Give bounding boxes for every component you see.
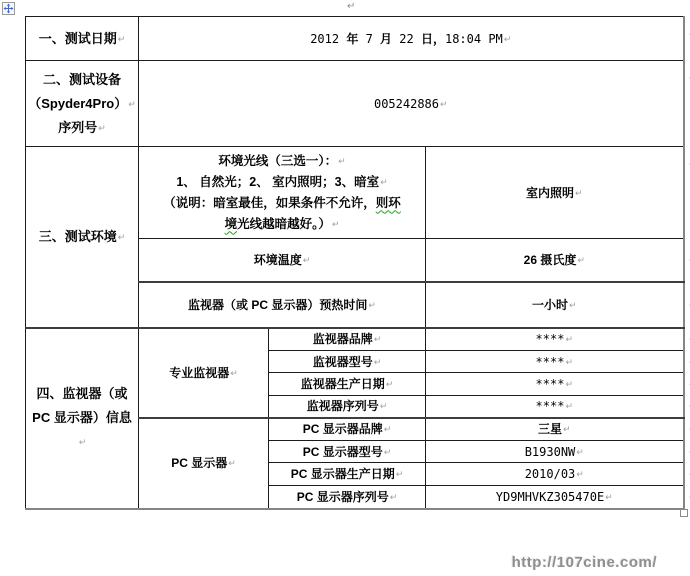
paragraph-mark: ↵	[347, 1, 355, 12]
pro-model-value: ****	[536, 355, 565, 369]
date-part: 7	[358, 32, 380, 46]
temperature-value: 26 摄氏度	[524, 253, 577, 267]
warmup-label: 监视器（或 PC 显示器）预热时间	[188, 298, 367, 312]
cell-pro-brand-label[interactable]: 监视器品牌↵	[269, 328, 426, 351]
cell-pro-date-value[interactable]: ****↵↵	[426, 373, 684, 396]
end-of-cell-mark: ↵	[303, 255, 311, 265]
cell-device-serial-value[interactable]: 005242886↵ ↵	[139, 61, 684, 147]
end-of-cell-mark: ↵	[118, 34, 126, 44]
end-of-cell-mark: ↵	[576, 447, 584, 457]
pro-serial-label: 监视器序列号	[307, 399, 379, 413]
date-part: 18:04 PM	[445, 32, 503, 46]
pc-monitor-group-label: PC 显示器	[171, 456, 227, 470]
end-of-cell-mark: ↵	[440, 99, 448, 109]
cell-pro-brand-value[interactable]: ****↵↵	[426, 328, 684, 351]
cell-temperature-value[interactable]: 26 摄氏度↵ ↵	[426, 239, 684, 282]
cell-pc-monitor-group[interactable]: PC 显示器↵	[139, 418, 269, 509]
end-of-cell-mark: ↵	[605, 492, 613, 502]
row-device-serial: 二、测试设备 （Spyder4Pro）↵ 序列号↵ 005242886↵ ↵	[26, 61, 684, 147]
end-of-cell-mark: ↵	[79, 437, 87, 447]
cell-pro-model-value[interactable]: ****↵↵	[426, 351, 684, 373]
cell-pro-model-label[interactable]: 监视器型号↵	[269, 351, 426, 373]
pro-date-value: ****	[536, 377, 565, 391]
table-resize-handle[interactable]	[680, 509, 688, 517]
pc-brand-label: PC 显示器品牌	[303, 422, 383, 436]
cell-test-date-label[interactable]: 一、测试日期↵	[26, 17, 139, 61]
ambient-line1: 环境光线（三选一）：	[218, 154, 337, 168]
device-serial-value: 005242886	[374, 97, 439, 111]
ambient-line4: 光线越暗越好。）	[237, 217, 331, 231]
device-label-line1: 二、测试设备	[43, 72, 121, 87]
ambient-line2: 1、 自然光；2、 室内照明；3、暗室	[176, 175, 379, 189]
cell-pc-date-value[interactable]: 2010/03↵↵	[426, 463, 684, 486]
pro-monitor-group-label: 专业监视器	[169, 366, 229, 380]
pro-brand-value: ****	[536, 332, 565, 346]
cell-pc-model-label[interactable]: PC 显示器型号↵	[269, 441, 426, 463]
row-pro-brand: 四、监视器（或 PC 显示器）信息↵ 专业监视器↵ 监视器品牌↵ ****↵↵	[26, 328, 684, 351]
pc-date-value: 2010/03	[525, 467, 576, 481]
end-of-cell-mark: ↵	[332, 219, 340, 229]
date-part: 2012	[310, 32, 346, 46]
end-of-cell-mark: ↵	[563, 424, 571, 434]
cell-pro-date-label[interactable]: 监视器生产日期↵	[269, 373, 426, 396]
pc-model-value: B1930NW	[525, 445, 576, 459]
date-part: 日，	[421, 32, 445, 46]
pc-serial-label: PC 显示器序列号	[297, 490, 389, 504]
monitor-info-label-line1: 四、监视器（或	[36, 386, 127, 401]
end-of-cell-mark: ↵	[128, 99, 136, 109]
watermark: http://107cine.com/	[512, 554, 657, 571]
end-of-cell-mark: ↵	[577, 255, 585, 265]
document-page: ↵ 一、测试日期↵ 2012 年 7 月 22 日，18:04 PM↵ ↵ 二、…	[0, 0, 690, 576]
end-of-cell-mark: ↵	[575, 188, 583, 198]
temperature-label: 环境温度	[254, 253, 302, 267]
cell-monitor-info-label[interactable]: 四、监视器（或 PC 显示器）信息↵	[26, 328, 139, 509]
cell-pro-monitor-group[interactable]: 专业监视器↵	[139, 328, 269, 418]
cell-ambient-light-label[interactable]: 环境光线（三选一）：↵ 1、 自然光；2、 室内照明；3、暗室↵ （说明：暗室最…	[139, 147, 426, 239]
cell-temperature-label[interactable]: 环境温度↵	[139, 239, 426, 282]
pro-model-label: 监视器型号	[313, 355, 373, 369]
cell-pc-brand-value[interactable]: 三星↵↵	[426, 418, 684, 441]
move-arrows-icon	[3, 3, 14, 14]
end-of-cell-mark: ↵	[504, 34, 512, 44]
end-of-cell-mark: ↵	[565, 401, 573, 411]
ambient-line3: （说明：暗室最佳，如果条件不允许，	[163, 196, 376, 210]
warmup-value: 一小时	[532, 298, 568, 312]
row-test-date: 一、测试日期↵ 2012 年 7 月 22 日，18:04 PM↵ ↵	[26, 17, 684, 61]
table-move-handle-icon[interactable]	[2, 2, 15, 15]
pc-model-label: PC 显示器型号	[303, 445, 383, 459]
end-of-cell-mark: ↵	[374, 357, 382, 367]
cell-pc-serial-label[interactable]: PC 显示器序列号↵	[269, 486, 426, 509]
end-of-cell-mark: ↵	[396, 469, 404, 479]
cell-test-env-label[interactable]: 三、测试环境↵	[26, 147, 139, 328]
end-of-cell-mark: ↵	[228, 458, 236, 468]
cell-pc-model-value[interactable]: B1930NW↵↵	[426, 441, 684, 463]
cell-ambient-light-value[interactable]: 室内照明↵ ↵	[426, 147, 684, 239]
end-of-cell-mark: ↵	[565, 334, 573, 344]
cell-pc-serial-value[interactable]: YD9MHVKZ305470E↵↵	[426, 486, 684, 509]
cell-pro-serial-value[interactable]: ****↵↵	[426, 396, 684, 418]
end-of-cell-mark: ↵	[98, 123, 106, 133]
cell-pro-serial-label[interactable]: 监视器序列号↵	[269, 396, 426, 418]
device-label-line3: 序列号	[58, 120, 97, 135]
end-of-cell-mark: ↵	[338, 156, 346, 166]
date-part: 月	[380, 32, 392, 46]
date-part: 年	[346, 32, 358, 46]
cell-warmup-label[interactable]: 监视器（或 PC 显示器）预热时间↵	[139, 282, 426, 328]
cell-test-date-value[interactable]: 2012 年 7 月 22 日，18:04 PM↵ ↵	[139, 17, 684, 61]
ambient-light-value: 室内照明	[526, 186, 574, 200]
end-of-cell-mark: ↵	[368, 300, 376, 310]
test-report-table: 一、测试日期↵ 2012 年 7 月 22 日，18:04 PM↵ ↵ 二、测试…	[25, 16, 685, 510]
test-env-label: 三、测试环境	[39, 229, 117, 244]
pc-brand-value: 三星	[538, 422, 562, 436]
row-ambient-light: 三、测试环境↵ 环境光线（三选一）：↵ 1、 自然光；2、 室内照明；3、暗室↵…	[26, 147, 684, 239]
end-of-cell-mark: ↵	[565, 379, 573, 389]
pc-date-label: PC 显示器生产日期	[291, 467, 395, 481]
end-of-cell-mark: ↵	[569, 300, 577, 310]
end-of-cell-mark: ↵	[118, 232, 126, 242]
end-of-cell-mark: ↵	[576, 469, 584, 479]
grammar-squiggle-text: 境	[225, 217, 238, 231]
cell-pc-date-label[interactable]: PC 显示器生产日期↵	[269, 463, 426, 486]
end-of-cell-mark: ↵	[565, 357, 573, 367]
date-part: 22	[392, 32, 421, 46]
test-date-label: 一、测试日期	[39, 31, 117, 46]
cell-warmup-value[interactable]: 一小时↵ ↵	[426, 282, 684, 328]
pro-date-label: 监视器生产日期	[301, 377, 385, 391]
grammar-squiggle-text: 则环	[376, 196, 401, 210]
end-of-cell-mark: ↵	[230, 368, 238, 378]
device-label-line2: （Spyder4Pro）	[28, 96, 127, 111]
end-of-cell-mark: ↵	[384, 424, 392, 434]
end-of-cell-mark: ↵	[384, 447, 392, 457]
end-of-cell-mark: ↵	[390, 492, 398, 502]
end-of-cell-mark: ↵	[380, 177, 388, 187]
pro-serial-value: ****	[536, 399, 565, 413]
pc-serial-value: YD9MHVKZ305470E	[496, 490, 604, 504]
end-of-cell-mark: ↵	[380, 401, 388, 411]
cell-device-label[interactable]: 二、测试设备 （Spyder4Pro）↵ 序列号↵	[26, 61, 139, 147]
monitor-info-label-line2: PC 显示器）信息	[32, 410, 132, 425]
end-of-cell-mark: ↵	[374, 334, 382, 344]
pro-brand-label: 监视器品牌	[313, 332, 373, 346]
end-of-cell-mark: ↵	[386, 379, 394, 389]
cell-pc-brand-label[interactable]: PC 显示器品牌↵	[269, 418, 426, 441]
